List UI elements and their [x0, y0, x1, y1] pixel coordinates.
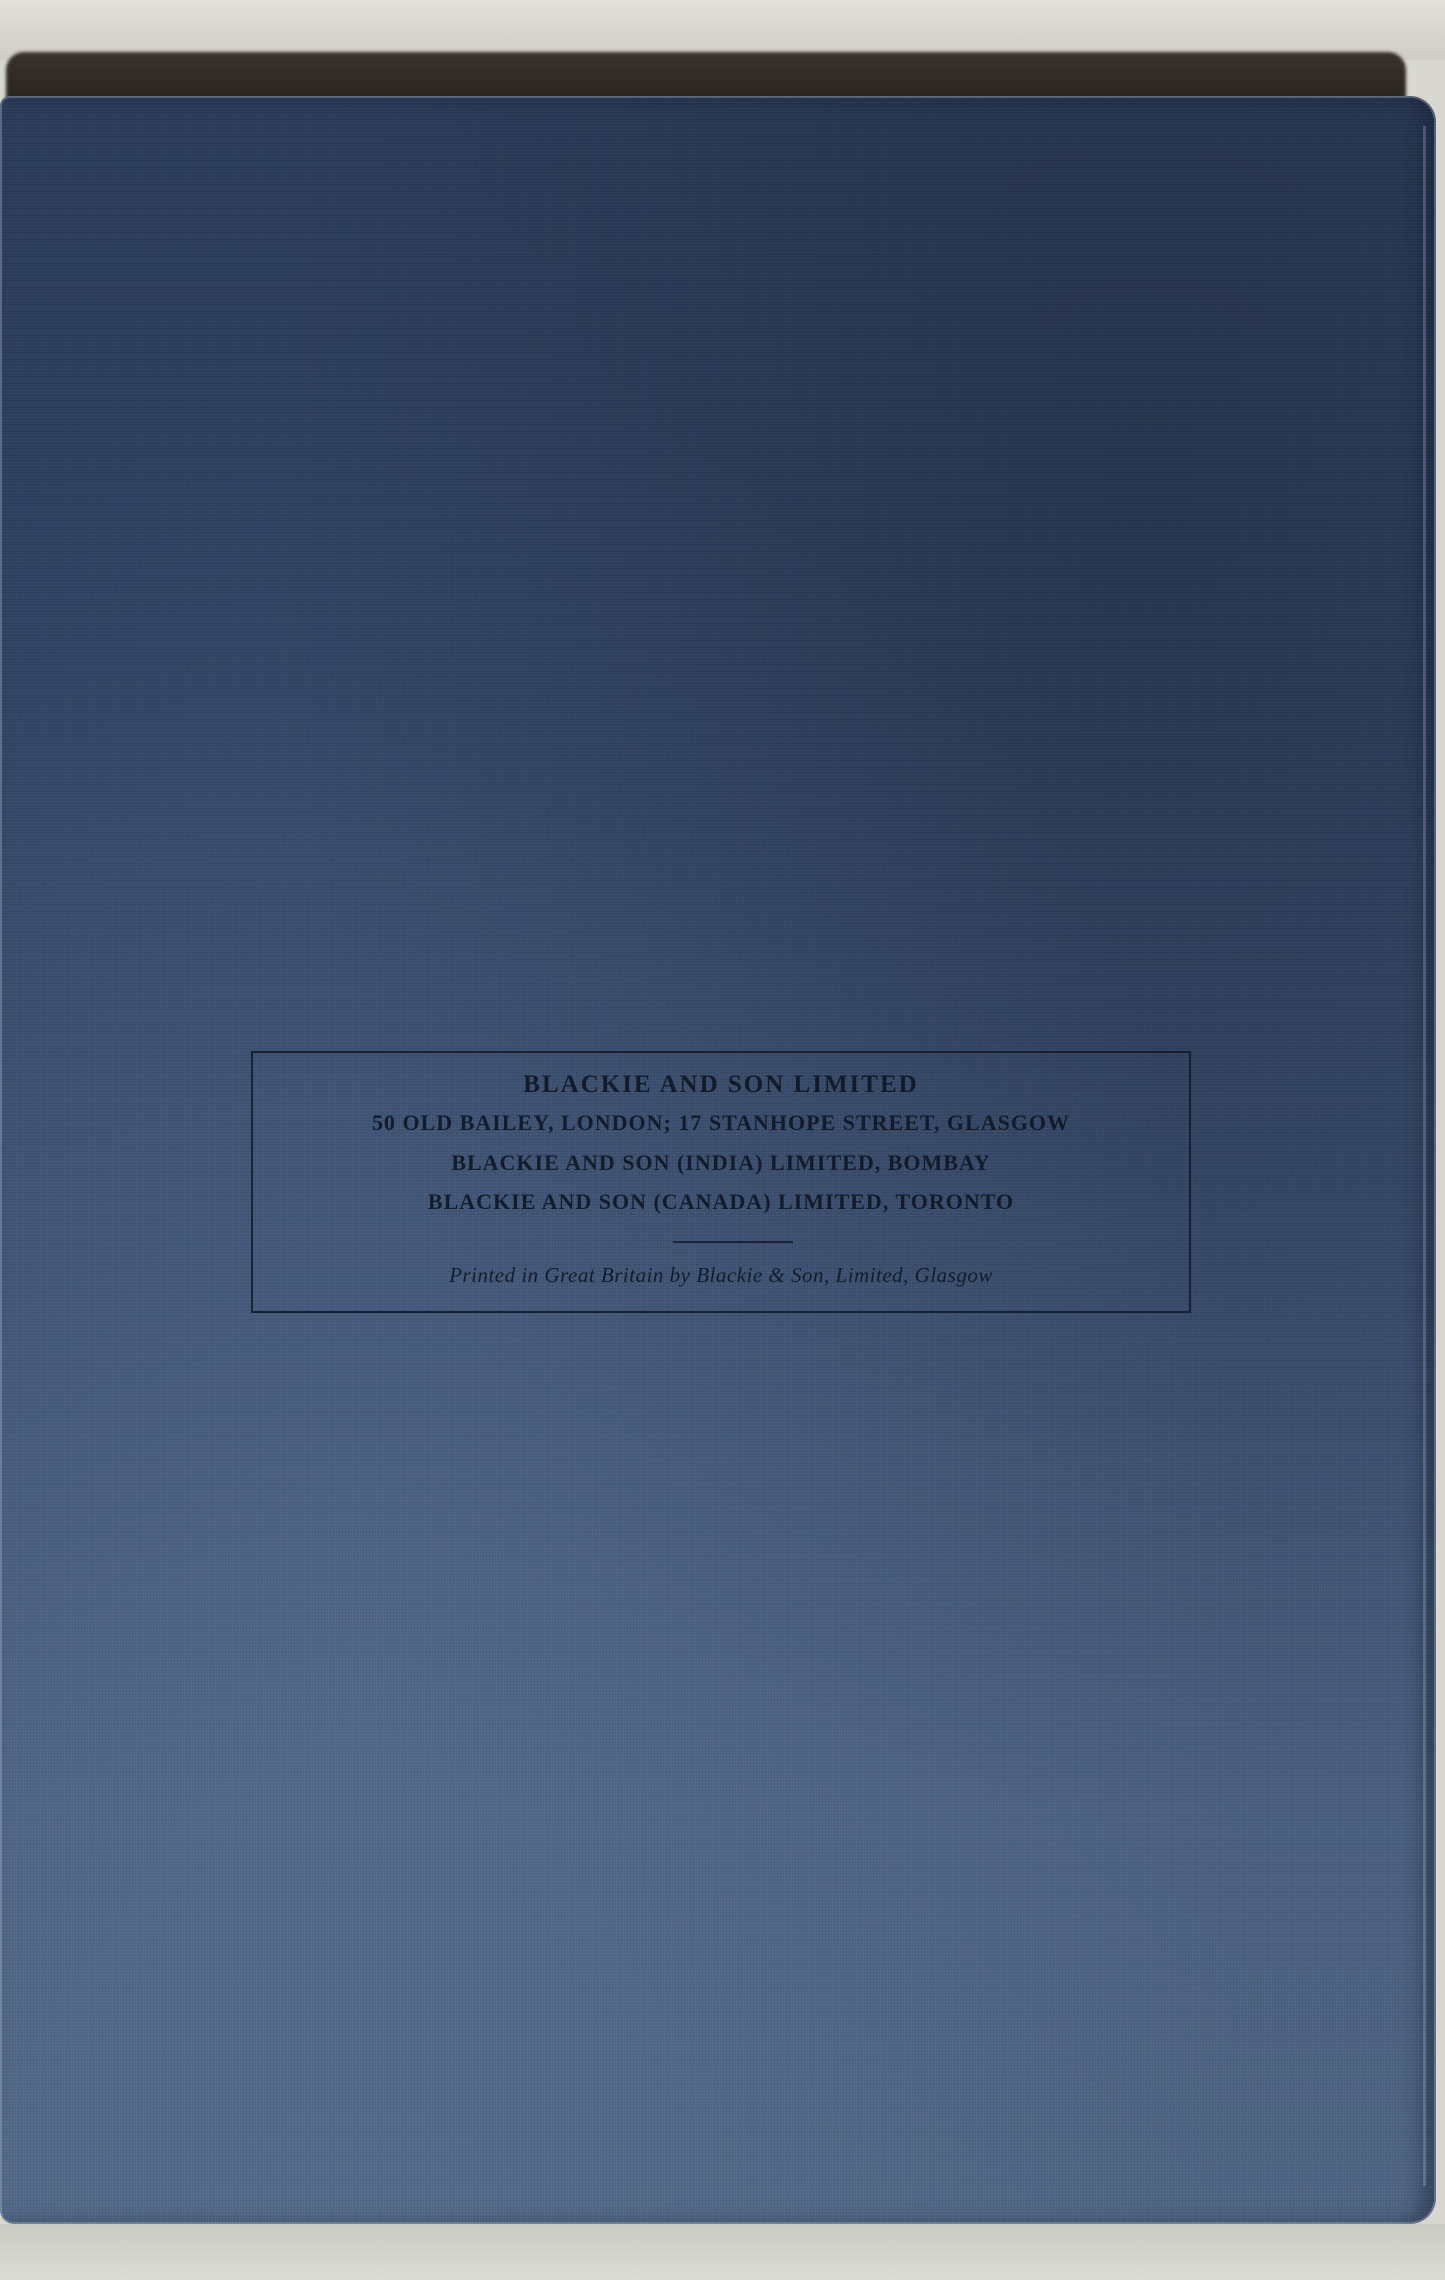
printer-credit: Printed in Great Britain by Blackie & So…	[253, 1263, 1189, 1288]
book-top-edge-shadow	[6, 52, 1406, 100]
divider-rule	[673, 1241, 793, 1243]
publisher-india-branch: BLACKIE AND SON (INDIA) LIMITED, BOMBAY	[253, 1150, 1189, 1176]
cover-edge-highlight	[1423, 126, 1426, 2186]
background-surface	[0, 0, 1445, 60]
publisher-canada-branch: BLACKIE AND SON (CANADA) LIMITED, TORONT…	[253, 1189, 1189, 1215]
publisher-imprint-box: BLACKIE AND SON LIMITED 50 OLD BAILEY, L…	[251, 1051, 1191, 1313]
publisher-name: BLACKIE AND SON LIMITED	[253, 1071, 1189, 1099]
book-cover: BLACKIE AND SON LIMITED 50 OLD BAILEY, L…	[0, 96, 1436, 2224]
background-surface-bottom	[0, 2224, 1445, 2280]
publisher-address: 50 OLD BAILEY, LONDON; 17 STANHOPE STREE…	[253, 1110, 1189, 1136]
